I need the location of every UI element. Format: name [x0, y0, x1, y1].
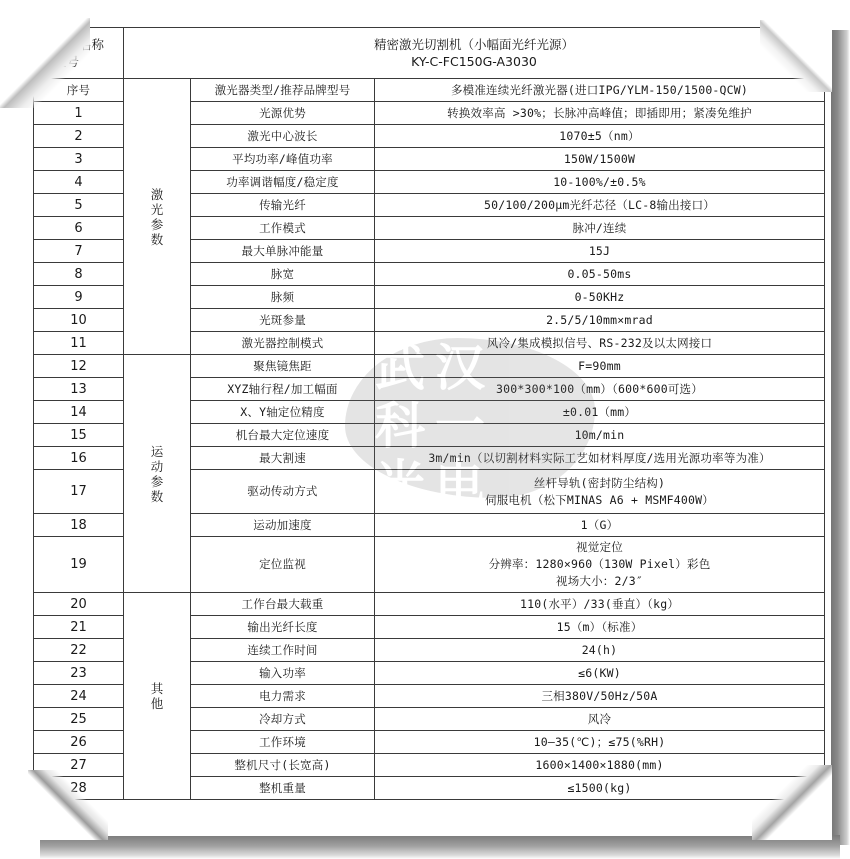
- row-index: 6: [34, 217, 124, 240]
- param-name: 聚焦镜焦距: [191, 355, 375, 378]
- param-name: 最大单脉冲能量: [191, 240, 375, 263]
- param-name: 激光中心波长: [191, 125, 375, 148]
- param-value: ≤1500(kg): [375, 777, 825, 800]
- value-line: 分辨率：1280×960（130W Pixel）彩色: [379, 556, 820, 573]
- page-shadow-right: [829, 30, 850, 845]
- row-index: 19: [34, 537, 124, 593]
- param-value: 0.05-50ms: [375, 263, 825, 286]
- header-row: 产品名称 型号 精密激光切割机（小幅面光纤光源） KY-C-FC150G-A30…: [34, 28, 825, 79]
- param-value: 脉冲/连续: [375, 217, 825, 240]
- param-value: 转换效率高 >30%；长脉冲高峰值；即插即用；紧凑免维护: [375, 102, 825, 125]
- row-index: 20: [34, 593, 124, 616]
- param-name: 工作模式: [191, 217, 375, 240]
- row-index: 8: [34, 263, 124, 286]
- row-index: 28: [34, 777, 124, 800]
- category-char: 数: [128, 489, 186, 504]
- param-name: 脉频: [191, 286, 375, 309]
- row-index: 18: [34, 514, 124, 537]
- param-value: 3m/min（以切割材料实际工艺如材料厚度/选用光源功率等为准）: [375, 447, 825, 470]
- row-index: 2: [34, 125, 124, 148]
- row-index: 24: [34, 685, 124, 708]
- param-name: 功率调谐幅度/稳定度: [191, 171, 375, 194]
- product-name-model-label: 产品名称 型号: [34, 28, 124, 79]
- param-name: 工作环境: [191, 731, 375, 754]
- param-value: 1（G）: [375, 514, 825, 537]
- row-index: 12: [34, 355, 124, 378]
- product-model: KY-C-FC150G-A3030: [128, 53, 820, 70]
- row-index: 17: [34, 470, 124, 514]
- param-name: 最大割速: [191, 447, 375, 470]
- param-value: 三相380V/50Hz/50A: [375, 685, 825, 708]
- param-value: ≤6(KW): [375, 662, 825, 685]
- param-name: X、Y轴定位精度: [191, 401, 375, 424]
- category-other: 其 他: [124, 593, 191, 800]
- param-value: 1070±5（nm）: [375, 125, 825, 148]
- value-line: 视场大小：2/3″: [379, 573, 820, 590]
- param-name: 运动加速度: [191, 514, 375, 537]
- laser-type-value: 多模准连续光纤激光器(进口IPG/YLM-150/1500-QCW): [375, 79, 825, 102]
- category-char: 数: [128, 232, 186, 247]
- category-char: 参: [128, 474, 186, 489]
- param-value: 50/100/200μm光纤芯径（LC-8输出接口）: [375, 194, 825, 217]
- row-index: 15: [34, 424, 124, 447]
- category-char: 动: [128, 459, 186, 474]
- param-name: 电力需求: [191, 685, 375, 708]
- row-index: 4: [34, 171, 124, 194]
- category-laser-params: 激 光 参 数: [124, 79, 191, 355]
- page-shadow-bottom: [40, 835, 840, 859]
- row-index: 23: [34, 662, 124, 685]
- param-value: 10—35(℃)；≤75(%RH): [375, 731, 825, 754]
- param-name: 光斑参量: [191, 309, 375, 332]
- param-name: 冷却方式: [191, 708, 375, 731]
- param-name: 传输光纤: [191, 194, 375, 217]
- value-line: 伺服电机（松下MINAS A6 + MSMF400W）: [379, 492, 820, 509]
- row-index: 25: [34, 708, 124, 731]
- column-header-row: 序号 激 光 参 数 激光器类型/推荐品牌型号 多模准连续光纤激光器(进口IPG…: [34, 79, 825, 102]
- row-index: 11: [34, 332, 124, 355]
- value-line: 丝杆导轨(密封防尘结构): [379, 475, 820, 492]
- param-value: 110(水平）/33(垂直）（kg）: [375, 593, 825, 616]
- param-value: 15（m）（标准）: [375, 616, 825, 639]
- param-name: 连续工作时间: [191, 639, 375, 662]
- product-title-cell: 精密激光切割机（小幅面光纤光源） KY-C-FC150G-A3030: [124, 28, 825, 79]
- param-name: 输出光纤长度: [191, 616, 375, 639]
- product-title: 精密激光切割机（小幅面光纤光源）: [128, 36, 820, 53]
- param-value: 风冷: [375, 708, 825, 731]
- row-index: 1: [34, 102, 124, 125]
- param-name: 工作台最大载重: [191, 593, 375, 616]
- spec-table: 产品名称 型号 精密激光切割机（小幅面光纤光源） KY-C-FC150G-A30…: [33, 27, 825, 800]
- row-index: 14: [34, 401, 124, 424]
- param-name: 脉宽: [191, 263, 375, 286]
- category-char: 运: [128, 444, 186, 459]
- param-value: 15J: [375, 240, 825, 263]
- param-name: XYZ轴行程/加工幅面: [191, 378, 375, 401]
- param-value: 24(h): [375, 639, 825, 662]
- category-char: 他: [128, 696, 186, 711]
- param-name: 平均功率/峰值功率: [191, 148, 375, 171]
- row-index: 21: [34, 616, 124, 639]
- category-motion-params: 运 动 参 数: [124, 355, 191, 593]
- product-name-label: 产品名称: [54, 36, 119, 53]
- row-index: 5: [34, 194, 124, 217]
- row-index: 22: [34, 639, 124, 662]
- param-value: 10m/min: [375, 424, 825, 447]
- category-char: 激: [128, 187, 186, 202]
- param-value: 0-50KHz: [375, 286, 825, 309]
- param-value: 10-100%/±0.5%: [375, 171, 825, 194]
- value-line: 视觉定位: [379, 539, 820, 556]
- category-char: 光: [128, 202, 186, 217]
- param-value: 丝杆导轨(密封防尘结构) 伺服电机（松下MINAS A6 + MSMF400W）: [375, 470, 825, 514]
- param-value: 视觉定位 分辨率：1280×960（130W Pixel）彩色 视场大小：2/3…: [375, 537, 825, 593]
- param-name: 整机尺寸(长宽高): [191, 754, 375, 777]
- param-name: 驱动传动方式: [191, 470, 375, 514]
- param-name: 光源优势: [191, 102, 375, 125]
- param-name: 机台最大定位速度: [191, 424, 375, 447]
- row-index: 3: [34, 148, 124, 171]
- row-index: 27: [34, 754, 124, 777]
- param-name: 输入功率: [191, 662, 375, 685]
- param-name: 定位监视: [191, 537, 375, 593]
- row-index: 10: [34, 309, 124, 332]
- param-value: F=90mm: [375, 355, 825, 378]
- param-value: 1600×1400×1880(mm): [375, 754, 825, 777]
- row-index: 9: [34, 286, 124, 309]
- model-label: 型号: [54, 53, 119, 70]
- category-char: 参: [128, 217, 186, 232]
- row-index: 7: [34, 240, 124, 263]
- param-name: 激光器控制模式: [191, 332, 375, 355]
- table-row: 20 其 他 工作台最大载重 110(水平）/33(垂直）（kg）: [34, 593, 825, 616]
- table-row: 12 运 动 参 数 聚焦镜焦距 F=90mm: [34, 355, 825, 378]
- index-header: 序号: [34, 79, 124, 102]
- row-index: 26: [34, 731, 124, 754]
- row-index: 16: [34, 447, 124, 470]
- param-value: ±0.01（mm）: [375, 401, 825, 424]
- param-value: 风冷/集成模拟信号、RS-232及以太网接口: [375, 332, 825, 355]
- param-value: 300*300*100（mm）（600*600可选）: [375, 378, 825, 401]
- category-char: 其: [128, 681, 186, 696]
- row-index: 13: [34, 378, 124, 401]
- laser-type-label: 激光器类型/推荐品牌型号: [191, 79, 375, 102]
- param-name: 整机重量: [191, 777, 375, 800]
- param-value: 150W/1500W: [375, 148, 825, 171]
- param-value: 2.5/5/10mm×mrad: [375, 309, 825, 332]
